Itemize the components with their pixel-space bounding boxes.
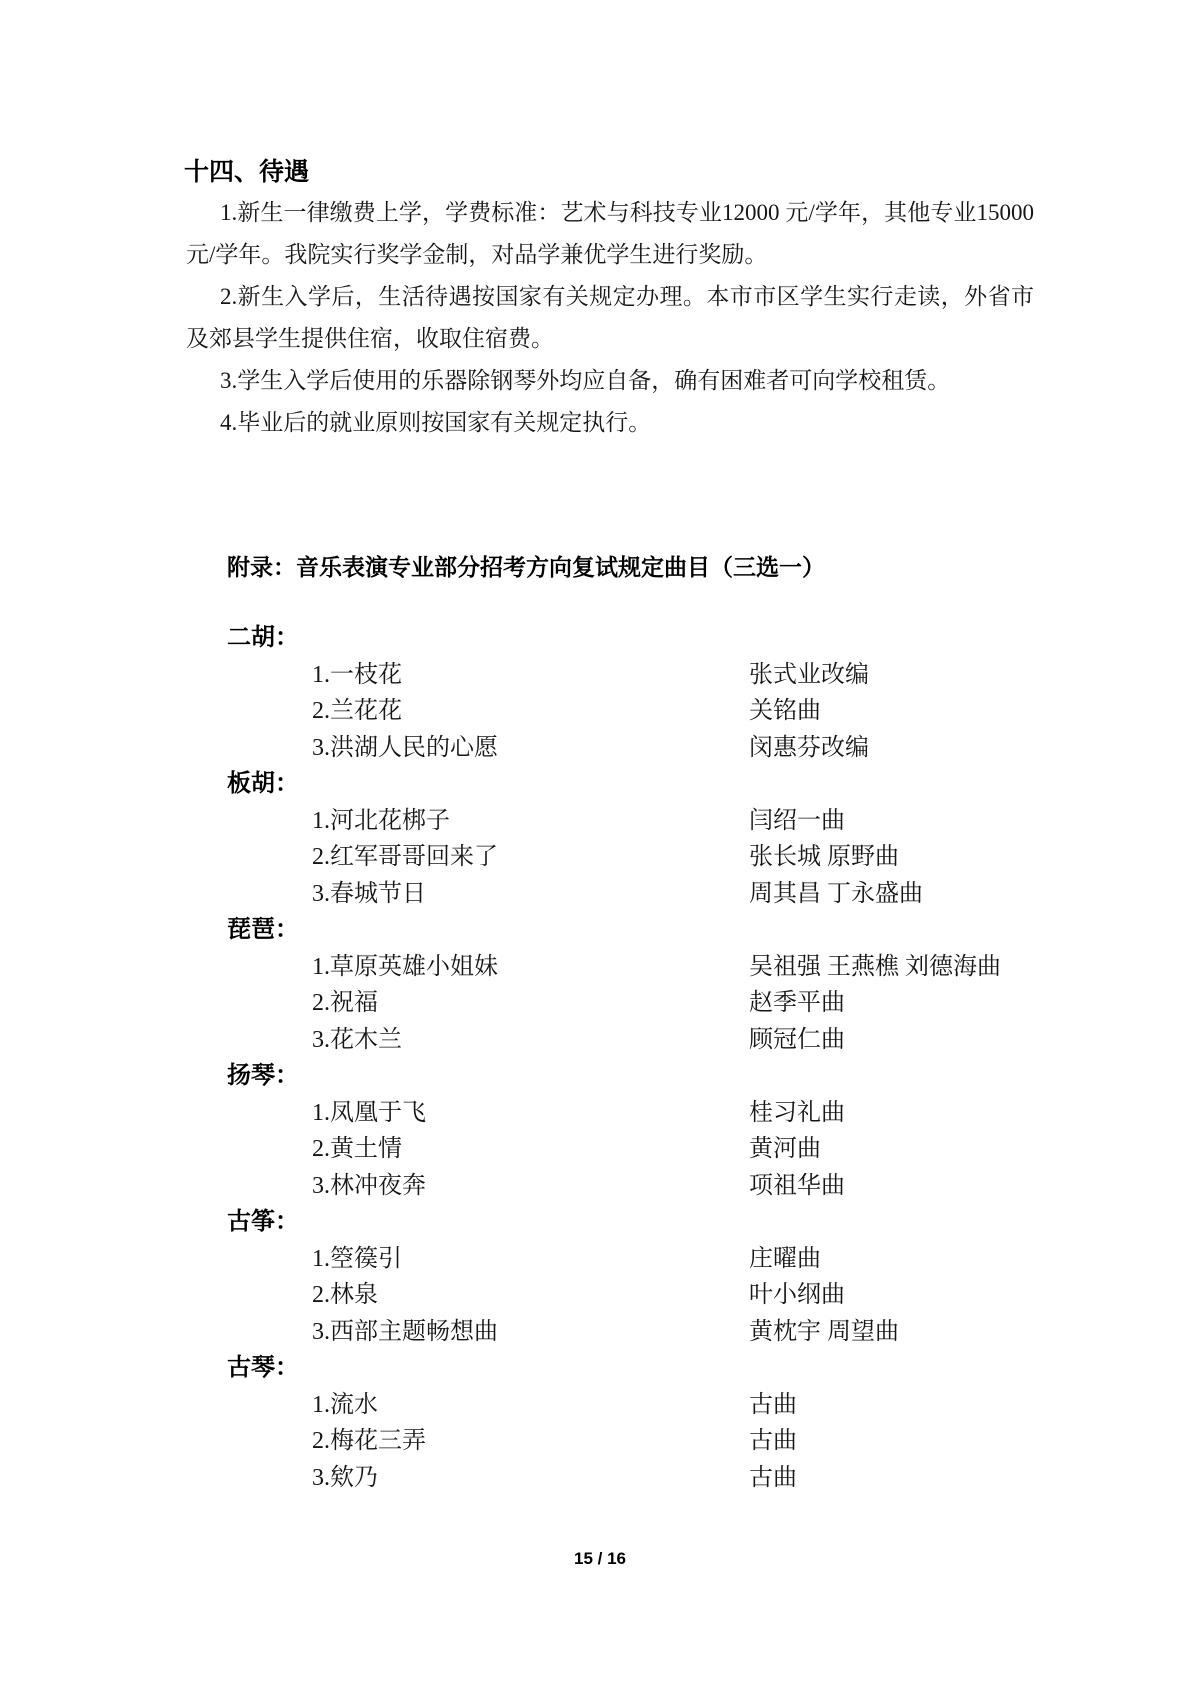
instrument-heading-pipa: 琵琶： <box>0 912 1200 949</box>
repertoire-row: 3.欸乃 古曲 <box>0 1460 1200 1497</box>
paragraph-line: 1.新生一律缴费上学，学费标准：艺术与科技专业12000 元/学年，其他专业15… <box>186 192 1034 234</box>
instrument-heading-erhu: 二胡： <box>0 620 1200 657</box>
piece-title: 2.梅花三弄 <box>312 1423 426 1460</box>
repertoire-row: 3.春城节日 周其昌 丁永盛曲 <box>0 876 1200 913</box>
repertoire-row: 2.黄土情 黄河曲 <box>0 1131 1200 1168</box>
repertoire-row: 1.一枝花 张式业改编 <box>0 657 1200 694</box>
page-number: 15 / 16 <box>0 1549 1200 1569</box>
piece-composer: 张长城 原野曲 <box>749 839 899 876</box>
piece-title: 2.黄土情 <box>312 1131 402 1168</box>
piece-title: 2.祝福 <box>312 985 378 1022</box>
piece-title: 3.花木兰 <box>312 1022 402 1059</box>
repertoire-row: 1.箜篌引 庄曜曲 <box>0 1241 1200 1278</box>
instrument-heading-banhu: 板胡： <box>0 766 1200 803</box>
piece-title: 1.草原英雄小姐妹 <box>312 949 498 986</box>
paragraph-line: 及郊县学生提供住宿，收取住宿费。 <box>186 318 1034 360</box>
piece-composer: 黄枕宇 周望曲 <box>749 1314 899 1351</box>
piece-composer: 闫绍一曲 <box>749 803 845 840</box>
repertoire-row: 2.梅花三弄 古曲 <box>0 1423 1200 1460</box>
piece-composer: 叶小纲曲 <box>749 1277 845 1314</box>
piece-title: 2.林泉 <box>312 1277 378 1314</box>
repertoire-row: 2.红军哥哥回来了 张长城 原野曲 <box>0 839 1200 876</box>
section-heading: 十四、待遇 <box>184 156 309 188</box>
repertoire-row: 1.河北花梆子 闫绍一曲 <box>0 803 1200 840</box>
piece-title: 1.流水 <box>312 1387 378 1424</box>
piece-composer: 关铭曲 <box>749 693 821 730</box>
repertoire-row: 2.兰花花 关铭曲 <box>0 693 1200 730</box>
piece-title: 1.河北花梆子 <box>312 803 450 840</box>
piece-title: 3.洪湖人民的心愿 <box>312 730 498 767</box>
repertoire-row: 2.祝福 赵季平曲 <box>0 985 1200 1022</box>
paragraph-line: 3.学生入学后使用的乐器除钢琴外均应自备，确有困难者可向学校租赁。 <box>186 360 1034 402</box>
piece-composer: 项祖华曲 <box>749 1168 845 1205</box>
piece-composer: 古曲 <box>749 1387 797 1424</box>
piece-title: 2.兰花花 <box>312 693 402 730</box>
piece-title: 3.春城节日 <box>312 876 426 913</box>
body-paragraphs: 1.新生一律缴费上学，学费标准：艺术与科技专业12000 元/学年，其他专业15… <box>186 192 1034 444</box>
instrument-heading-guzheng: 古筝： <box>0 1204 1200 1241</box>
repertoire-row: 3.洪湖人民的心愿 闵惠芬改编 <box>0 730 1200 767</box>
piece-title: 3.西部主题畅想曲 <box>312 1314 498 1351</box>
piece-composer: 庄曜曲 <box>749 1241 821 1278</box>
paragraph-line: 2.新生入学后，生活待遇按国家有关规定办理。本市市区学生实行走读，外省市 <box>186 276 1034 318</box>
repertoire-row: 1.草原英雄小姐妹 吴祖强 王燕樵 刘德海曲 <box>0 949 1200 986</box>
paragraph-line: 元/学年。我院实行奖学金制，对品学兼优学生进行奖励。 <box>186 234 1034 276</box>
piece-composer: 赵季平曲 <box>749 985 845 1022</box>
piece-title: 1.凤凰于飞 <box>312 1095 426 1132</box>
piece-title: 1.一枝花 <box>312 657 402 694</box>
piece-title: 3.欸乃 <box>312 1460 378 1497</box>
piece-composer: 吴祖强 王燕樵 刘德海曲 <box>749 949 1001 986</box>
piece-composer: 周其昌 丁永盛曲 <box>749 876 923 913</box>
piece-composer: 闵惠芬改编 <box>749 730 869 767</box>
piece-title: 2.红军哥哥回来了 <box>312 839 498 876</box>
piece-composer: 黄河曲 <box>749 1131 821 1168</box>
repertoire-row: 3.花木兰 顾冠仁曲 <box>0 1022 1200 1059</box>
repertoire-row: 3.林冲夜奔 项祖华曲 <box>0 1168 1200 1205</box>
piece-composer: 古曲 <box>749 1423 797 1460</box>
instrument-heading-yangqin: 扬琴： <box>0 1058 1200 1095</box>
piece-title: 1.箜篌引 <box>312 1241 402 1278</box>
document-page: 十四、待遇 1.新生一律缴费上学，学费标准：艺术与科技专业12000 元/学年，… <box>0 0 1200 1696</box>
repertoire-row: 3.西部主题畅想曲 黄枕宇 周望曲 <box>0 1314 1200 1351</box>
piece-composer: 桂习礼曲 <box>749 1095 845 1132</box>
repertoire-list: 二胡： 1.一枝花 张式业改编 2.兰花花 关铭曲 3.洪湖人民的心愿 闵惠芬改… <box>0 620 1200 1496</box>
instrument-heading-guqin: 古琴： <box>0 1350 1200 1387</box>
repertoire-row: 1.凤凰于飞 桂习礼曲 <box>0 1095 1200 1132</box>
piece-composer: 顾冠仁曲 <box>749 1022 845 1059</box>
repertoire-row: 1.流水 古曲 <box>0 1387 1200 1424</box>
appendix-title: 附录：音乐表演专业部分招考方向复试规定曲目（三选一） <box>227 549 825 582</box>
repertoire-row: 2.林泉 叶小纲曲 <box>0 1277 1200 1314</box>
piece-title: 3.林冲夜奔 <box>312 1168 426 1205</box>
piece-composer: 古曲 <box>749 1460 797 1497</box>
paragraph-line: 4.毕业后的就业原则按国家有关规定执行。 <box>186 402 1034 444</box>
piece-composer: 张式业改编 <box>749 657 869 694</box>
